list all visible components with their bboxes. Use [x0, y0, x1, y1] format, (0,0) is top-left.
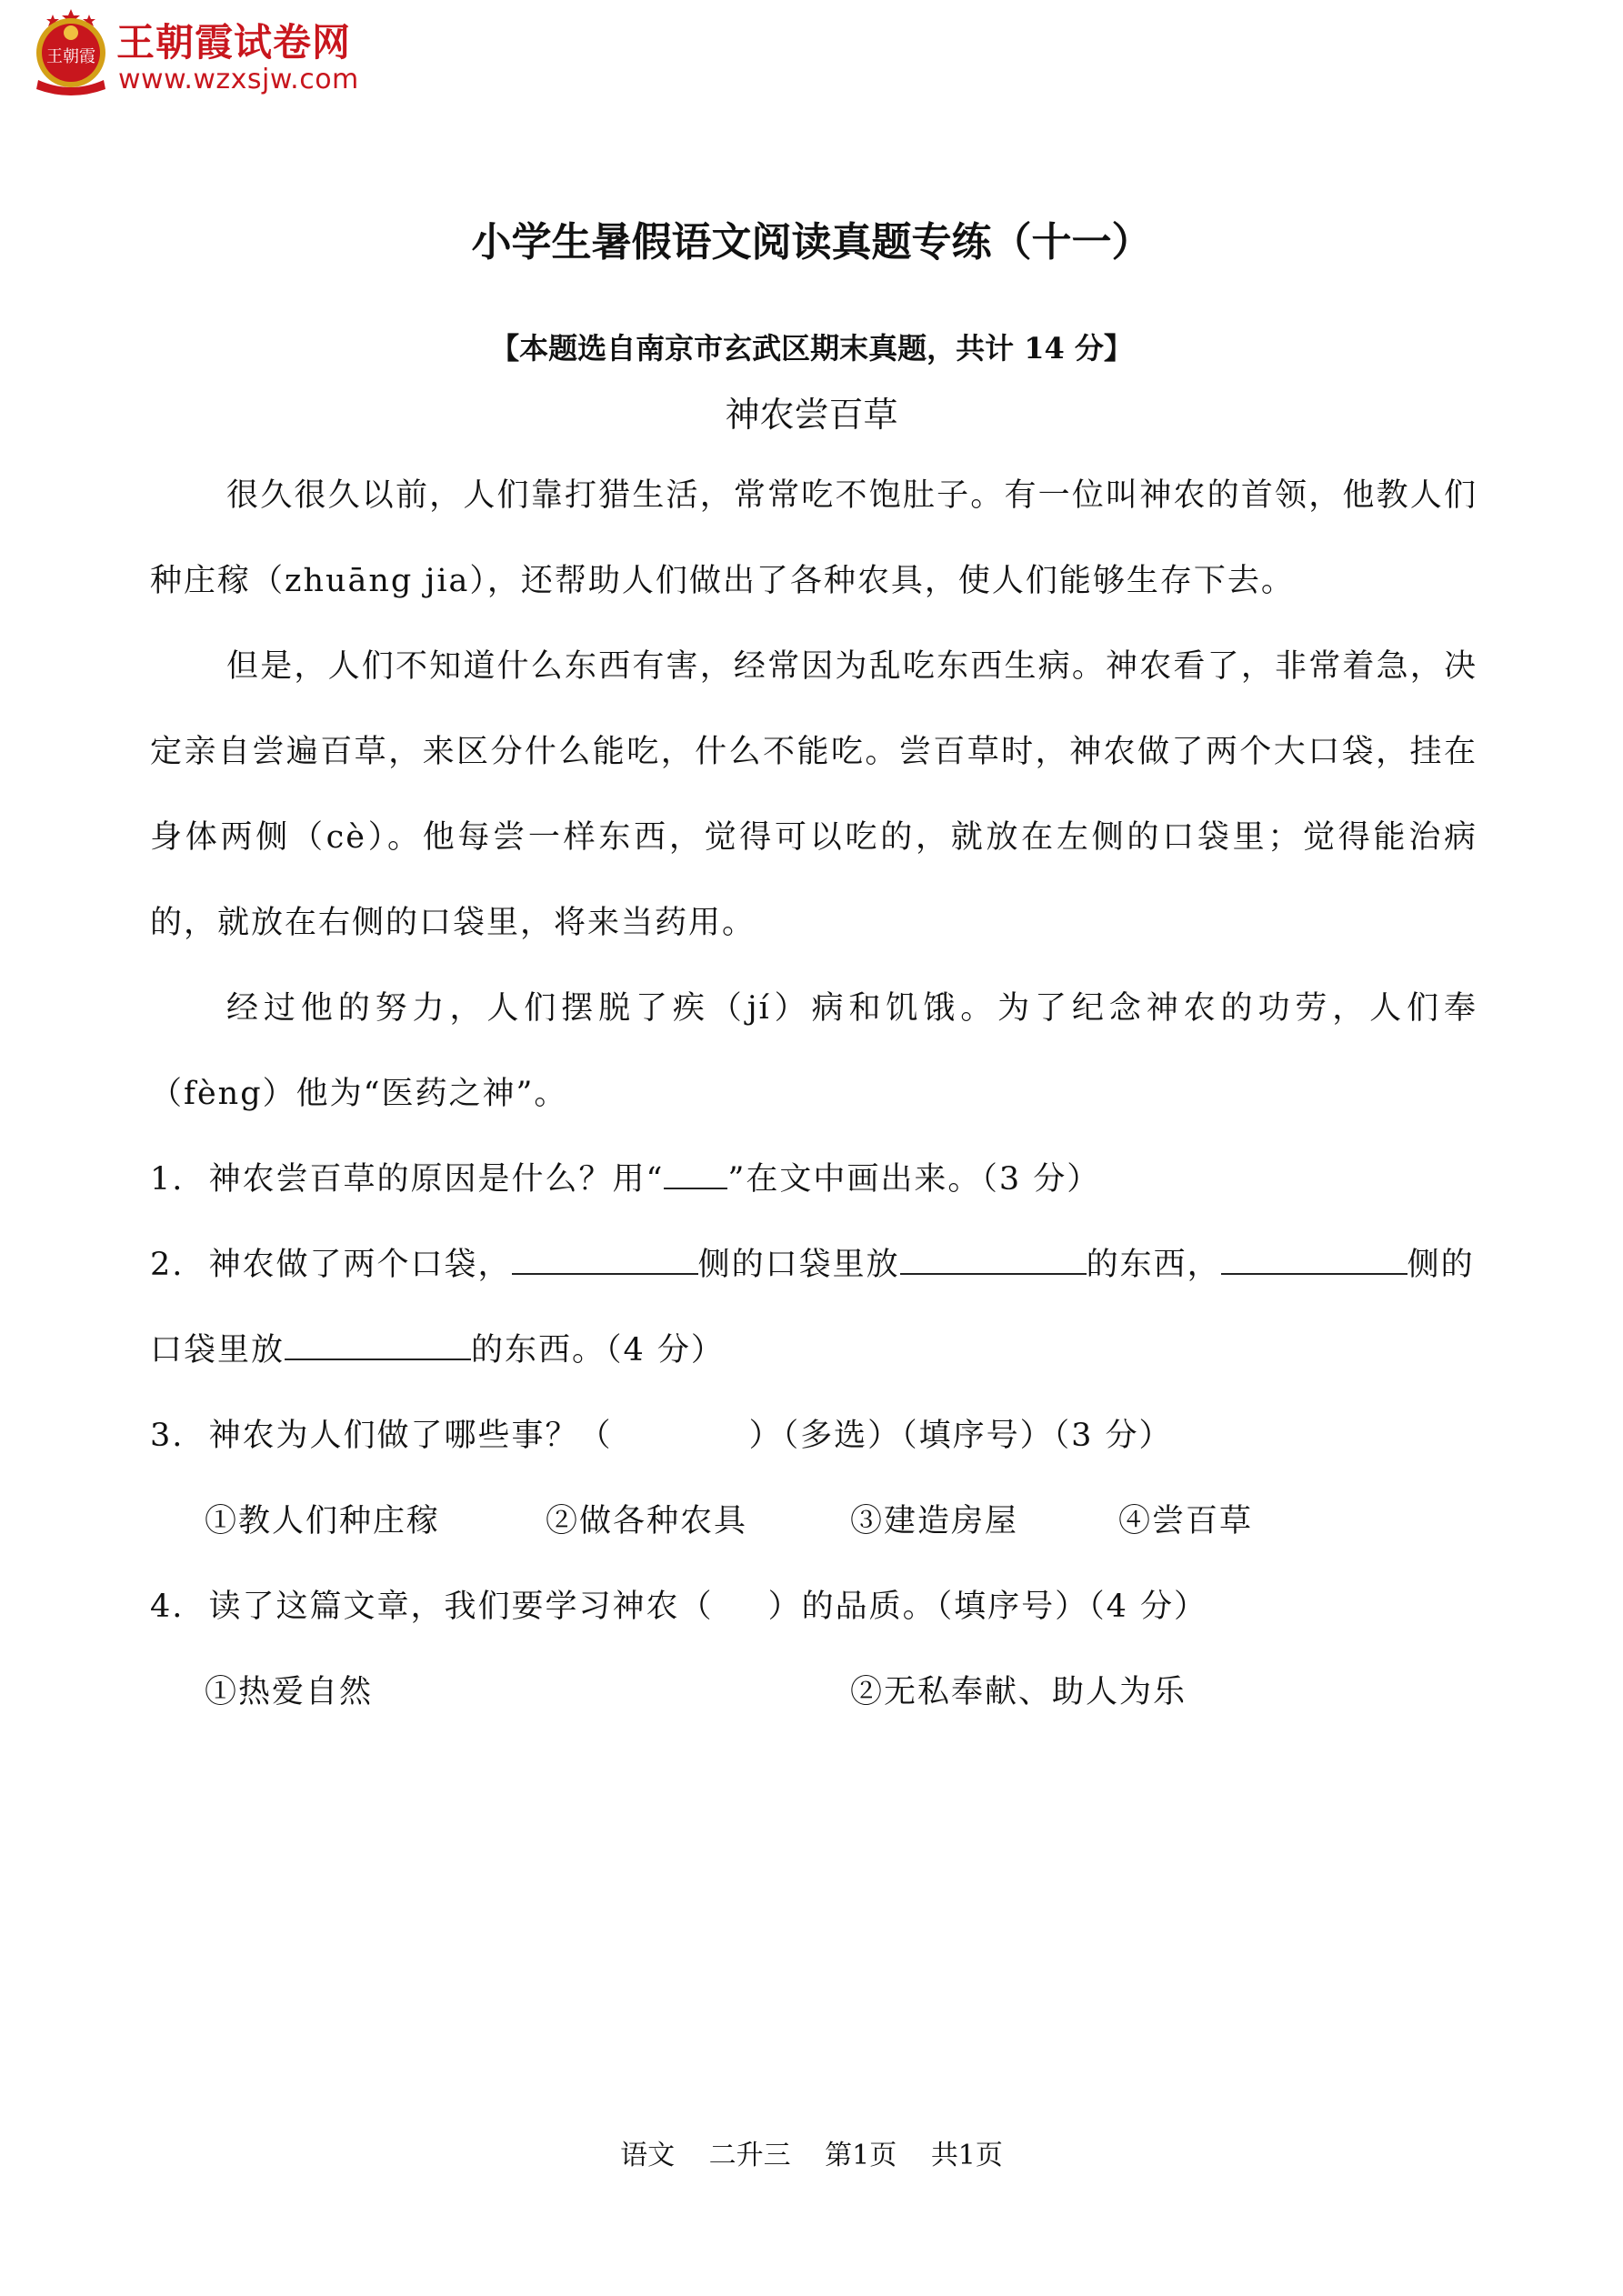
article-title: 神农尝百草 [0, 386, 1623, 436]
question-number: 4. [150, 1589, 184, 1625]
footer-subject: 语文 [620, 2140, 675, 2171]
page-footer: 语文 二升三 第1页 共1页 [0, 2132, 1623, 2172]
page-title: 小学生暑假语文阅读真题专练（十一） [0, 209, 1623, 267]
question-source: 【本题选自南京市玄武区期末真题，共计 14 分】 [0, 326, 1623, 367]
footer-grade: 二升三 [709, 2140, 791, 2171]
option: ③建造房屋 [850, 1479, 1118, 1564]
question-number: 1. [150, 1161, 184, 1198]
svg-text:王朝霞: 王朝霞 [46, 47, 95, 66]
article-paragraph: 经过他的努力，人们摆脱了疾（jí）病和饥饿。为了纪念神农的功劳，人们奉（fèng… [150, 966, 1478, 1137]
answer-blank[interactable] [900, 1244, 1087, 1275]
site-logo[interactable]: 王朝霞 王朝霞试卷网 www.wzxsjw.com [25, 7, 407, 103]
option: ②做各种农具 [546, 1479, 850, 1564]
question-text: ”在文中画出来。（3 分） [727, 1161, 1100, 1198]
question-text: 侧的口袋里放 [698, 1247, 900, 1283]
article-body: 很久很久以前，人们靠打猎生活，常常吃不饱肚子。有一位叫神农的首领，他教人们种庄稼… [150, 453, 1478, 1735]
question-text: 神农为人们做了哪些事？（ [209, 1418, 613, 1454]
question-text: ）（多选）（填序号）（3 分） [749, 1418, 1173, 1454]
question-text: 的东西。（4 分） [471, 1332, 725, 1369]
site-name: 王朝霞试卷网 [116, 13, 351, 67]
question-3: 3. 神农为人们做了哪些事？（）（多选）（填序号）（3 分） [150, 1393, 1478, 1479]
footer-total: 共1页 [931, 2140, 1003, 2171]
answer-blank[interactable] [512, 1244, 698, 1275]
question-text: 的东西， [1087, 1247, 1221, 1283]
question-text: 神农做了两个口袋， [209, 1247, 512, 1283]
medal-badge-icon: 王朝霞 [25, 7, 116, 98]
question-number: 3. [150, 1418, 184, 1454]
question-3-options: ①教人们种庄稼②做各种农具③建造房屋④尝百草 [150, 1479, 1478, 1564]
question-1: 1. 神农尝百草的原因是什么？用“”在文中画出来。（3 分） [150, 1137, 1478, 1222]
option: ①教人们种庄稼 [205, 1479, 546, 1564]
footer-page: 第1页 [825, 2140, 897, 2171]
article-paragraph: 很久很久以前，人们靠打猎生活，常常吃不饱肚子。有一位叫神农的首领，他教人们种庄稼… [150, 453, 1478, 624]
question-text: 神农尝百草的原因是什么？用“ [209, 1161, 665, 1198]
question-number: 2. [150, 1247, 184, 1283]
answer-blank[interactable] [664, 1158, 727, 1189]
option: ①热爱自然 [205, 1649, 850, 1735]
article-paragraph: 但是，人们不知道什么东西有害，经常因为乱吃东西生病。神农看了，非常着急，决定亲自… [150, 624, 1478, 966]
answer-blank[interactable] [285, 1329, 471, 1360]
question-4: 4. 读了这篇文章，我们要学习神农（）的品质。（填序号）（4 分） [150, 1564, 1478, 1649]
question-2: 2. 神农做了两个口袋，侧的口袋里放的东西，侧的口袋里放的东西。（4 分） [150, 1222, 1478, 1393]
question-text: ）的品质。（填序号）（4 分） [768, 1589, 1207, 1625]
option: ④尝百草 [1118, 1479, 1253, 1564]
question-text: 读了这篇文章，我们要学习神农（ [209, 1589, 714, 1625]
answer-blank[interactable] [1221, 1244, 1408, 1275]
site-url[interactable]: www.wzxsjw.com [118, 64, 359, 95]
option: ②无私奉献、助人为乐 [850, 1649, 1187, 1735]
question-4-options: ①热爱自然②无私奉献、助人为乐 [150, 1649, 1478, 1735]
